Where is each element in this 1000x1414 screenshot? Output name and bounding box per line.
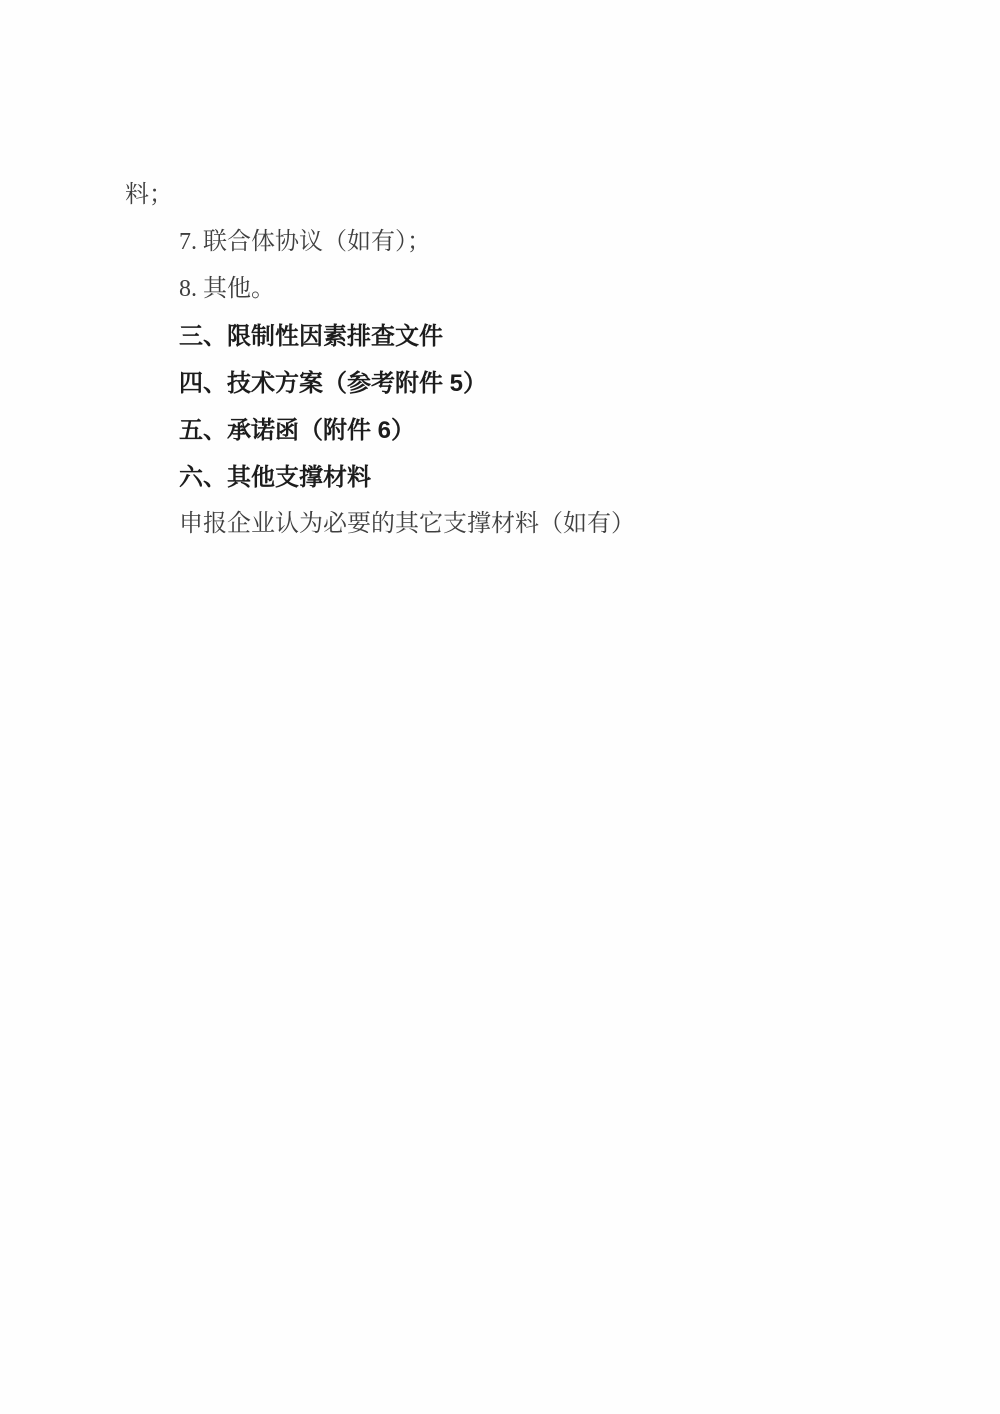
paragraph-continuation: 料； — [125, 172, 900, 219]
section-heading-four: 四、技术方案（参考附件 5） — [125, 360, 900, 407]
section-heading-six: 六、其他支撑材料 — [125, 454, 900, 501]
section-heading-three: 三、限制性因素排查文件 — [125, 313, 900, 360]
list-item-7: 7. 联合体协议（如有）； — [125, 219, 900, 266]
section-heading-five: 五、承诺函（附件 6） — [125, 407, 900, 454]
document-content: 料； 7. 联合体协议（如有）； 8. 其他。 三、限制性因素排查文件 四、技术… — [125, 172, 900, 548]
document-page: 料； 7. 联合体协议（如有）； 8. 其他。 三、限制性因素排查文件 四、技术… — [0, 0, 1000, 1414]
note-paragraph: 申报企业认为必要的其它支撑材料（如有） — [125, 501, 900, 548]
list-item-8: 8. 其他。 — [125, 266, 900, 313]
